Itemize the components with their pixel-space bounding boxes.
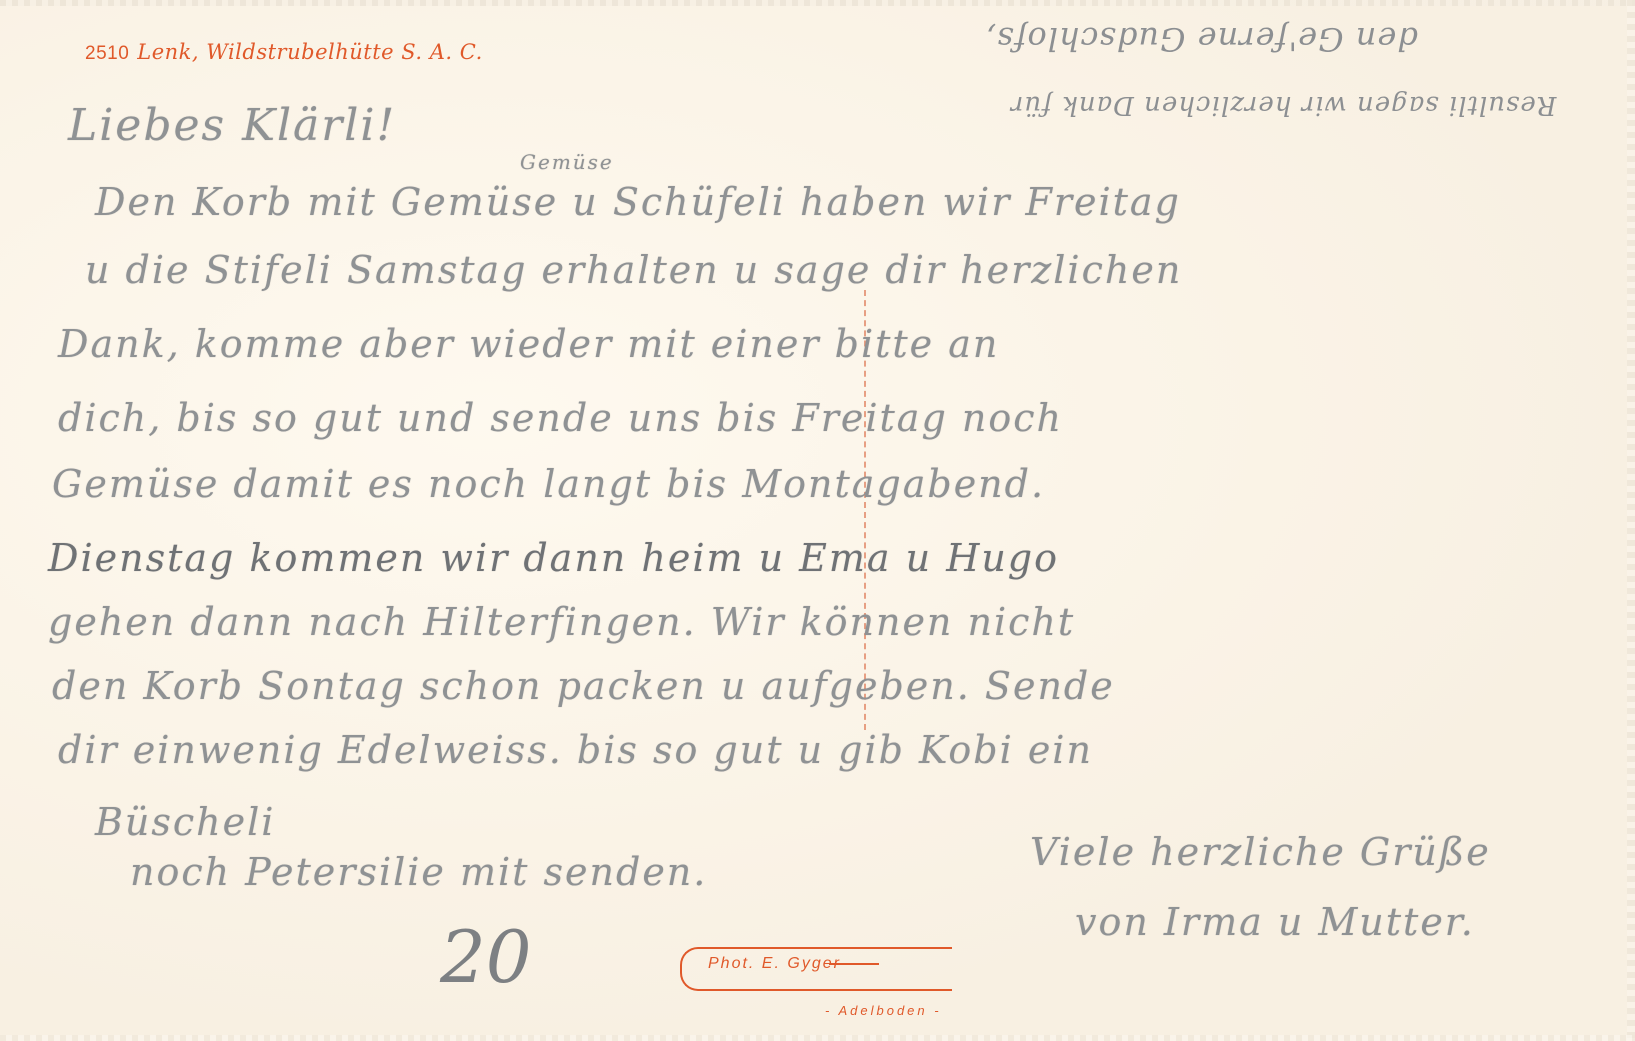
pencil-scribble: 20 <box>440 915 532 999</box>
postcard-back: 2510Lenk, Wildstrubelhütte S. A. C. den … <box>0 0 1635 1041</box>
photographer-name: Phot. E. Gyger <box>708 955 841 972</box>
upside-down-note-line-1: den Ge'ferne Gudschlofs, <box>985 20 1418 58</box>
letter-line-8: den Korb Sontag schon packen u aufgeben.… <box>52 664 1115 708</box>
interlinear-note: Gemüse <box>520 150 614 174</box>
card-number: 2510 <box>85 43 129 64</box>
letter-line-9: dir einwenig Edelweiss. bis so gut u gib… <box>58 728 1093 772</box>
photographer-imprint: Phot. E. Gyger <box>690 955 879 973</box>
card-edge-bottom <box>0 1035 1635 1041</box>
photographer-place: - Adelboden - <box>825 1003 942 1018</box>
letter-line-5: Gemüse damit es noch langt bis Montagabe… <box>52 462 1045 506</box>
letter-line-3: Dank, komme aber wieder mit einer bitte … <box>58 322 999 366</box>
letter-line-2: u die Stifeli Samstag erhalten u sage di… <box>85 248 1182 292</box>
letter-line-7: gehen dann nach Hilterfingen. Wir können… <box>48 600 1075 644</box>
card-edge-right <box>1627 0 1635 1041</box>
upside-down-note-line-2: Resultli sagen wir herzlichen Dank für <box>1010 90 1556 120</box>
letter-line-6: Dienstag kommen wir dann heim u Ema u Hu… <box>48 536 1059 580</box>
closing-line-1: Viele herzliche Grüße <box>1030 830 1491 874</box>
letter-line-10: Büscheli <box>95 800 275 844</box>
letter-line-11: noch Petersilie mit senden. <box>130 850 707 894</box>
letter-line-4: dich, bis so gut und sende uns bis Freit… <box>58 396 1063 440</box>
closing-line-2: von Irma u Mutter. <box>1075 900 1475 944</box>
salutation: Liebes Klärli! <box>68 100 396 151</box>
card-edge-top <box>0 0 1635 6</box>
letter-line-1: Den Korb mit Gemüse u Schüfeli haben wir… <box>95 180 1181 224</box>
card-title: Lenk, Wildstrubelhütte S. A. C. <box>137 40 482 64</box>
printed-header: 2510Lenk, Wildstrubelhütte S. A. C. <box>85 40 483 65</box>
